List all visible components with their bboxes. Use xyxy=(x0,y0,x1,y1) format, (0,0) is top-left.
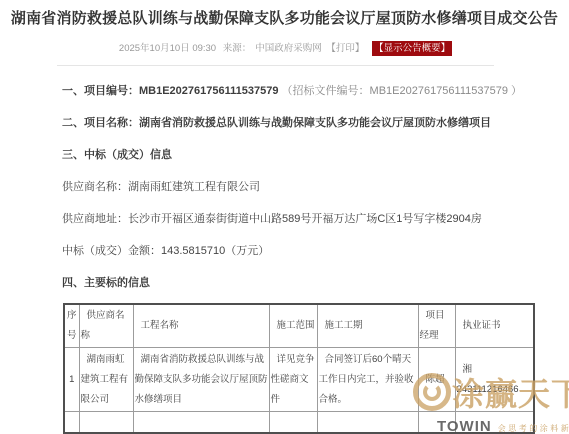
tender-doc-number-note: （招标文件编号：MB1E202761756111537579 ） xyxy=(282,85,523,97)
col-header-certificate: 执业证书 xyxy=(455,304,534,348)
col-header-project: 工程名称 xyxy=(133,304,269,348)
cell-empty xyxy=(418,412,455,433)
source-label: 来源： xyxy=(223,43,252,54)
cell-empty xyxy=(133,412,269,433)
main-subject-table: 序号 供应商名称 工程名称 施工范围 施工工期 项目经理 执业证书 1 湖南雨虹… xyxy=(63,303,535,434)
col-header-duration: 施工工期 xyxy=(317,304,418,348)
print-button[interactable]: 【打印】 xyxy=(326,43,364,54)
award-amount-line: 中标（成交）金额：143.5815710（万元） xyxy=(62,242,539,261)
project-name-line: 二、项目名称：湖南省消防救援总队训练与战勤保障支队多功能会议厅屋顶防水修缮项目 xyxy=(62,114,539,133)
col-header-manager: 项目经理 xyxy=(418,304,455,348)
publish-datetime: 2025年10月10日 09:30 xyxy=(119,43,216,54)
award-info-heading: 三、中标（成交）信息 xyxy=(62,146,539,165)
cell-empty xyxy=(64,412,79,433)
col-header-scope: 施工范围 xyxy=(269,304,317,348)
supplier-name-line: 供应商名称：湖南雨虹建筑工程有限公司 xyxy=(62,178,539,197)
cell-certificate: 湘243111216466 xyxy=(455,348,534,412)
source-name: 中国政府采购网 xyxy=(255,43,322,54)
project-number-label: 一、项目编号： xyxy=(62,85,139,97)
meta-bar: 2025年10月10日 09:30 来源：中国政府采购网 【打印】 【显示公告概… xyxy=(0,41,569,56)
table-header-row: 序号 供应商名称 工程名称 施工范围 施工工期 项目经理 执业证书 xyxy=(64,304,534,348)
main-subject-heading: 四、主要标的信息 xyxy=(62,274,539,293)
cell-duration: 合同签订后60个晴天工作日内完工，并验收合格。 xyxy=(317,348,418,412)
page-title: 湖南省消防救援总队训练与战勤保障支队多功能会议厅屋顶防水修缮项目成交公告 xyxy=(3,9,566,29)
col-header-seq: 序号 xyxy=(64,304,79,348)
col-header-supplier: 供应商名称 xyxy=(79,304,133,348)
cell-project: 湖南省消防救援总队训练与战勤保障支队多功能会议厅屋顶防水修缮项目 xyxy=(133,348,269,412)
cell-seq: 1 xyxy=(64,348,79,412)
cell-scope: 详见竞争性磋商文件 xyxy=(269,348,317,412)
cell-manager: 陈超 xyxy=(418,348,455,412)
project-number-value: MB1E202761756111537579 xyxy=(139,85,278,97)
project-number-line: 一、项目编号：MB1E202761756111537579 （招标文件编号：MB… xyxy=(62,82,539,101)
cell-empty xyxy=(79,412,133,433)
supplier-address-line: 供应商地址：长沙市开福区通泰街街道中山路589号开福万达广场C区1号写字楼290… xyxy=(62,210,539,229)
project-name-value: 湖南省消防救援总队训练与战勤保障支队多功能会议厅屋顶防水修缮项目 xyxy=(139,117,491,129)
cell-empty xyxy=(317,412,418,433)
table-row: 1 湖南雨虹建筑工程有限公司 湖南省消防救援总队训练与战勤保障支队多功能会议厅屋… xyxy=(64,348,534,412)
cell-empty xyxy=(269,412,317,433)
project-name-label: 二、项目名称： xyxy=(62,117,139,129)
cell-empty xyxy=(455,412,534,433)
show-summary-button[interactable]: 【显示公告概要】 xyxy=(372,41,452,56)
cell-supplier: 湖南雨虹建筑工程有限公司 xyxy=(79,348,133,412)
announcement-body: 一、项目编号：MB1E202761756111537579 （招标文件编号：MB… xyxy=(0,82,569,434)
header-divider xyxy=(57,65,494,66)
table-row-empty xyxy=(64,412,534,433)
